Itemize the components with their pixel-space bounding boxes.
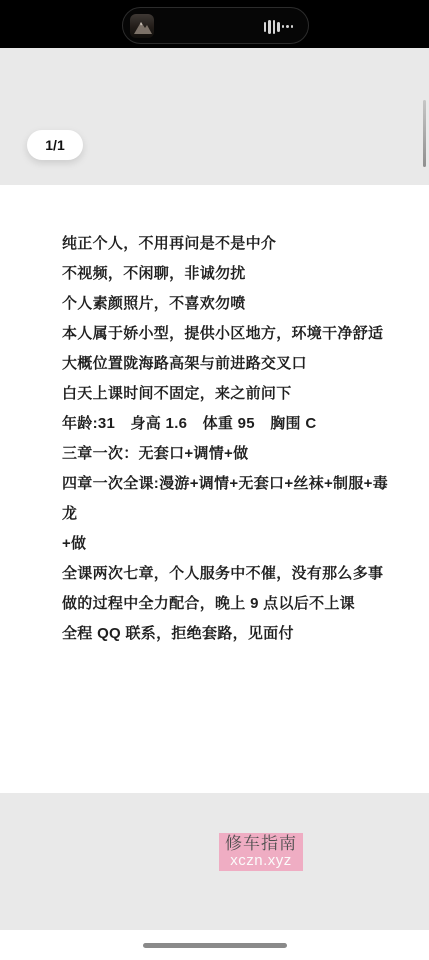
document-line: 年龄:31 身高 1.6 体重 95 胸围 C <box>62 409 401 439</box>
document-line: 不视频，不闲聊，非诚勿扰 <box>62 259 401 289</box>
document-line: 大概位置陇海路高架与前进路交叉口 <box>62 349 401 379</box>
watermark-title: 修车指南 <box>219 835 303 853</box>
photo-thumbnail-icon <box>130 14 154 38</box>
document-line: 做的过程中全力配合，晚上 9 点以后不上课 <box>62 589 401 619</box>
photo-view[interactable]: 纯正个人，不用再问是不是中介 不视频，不闲聊，非诚勿扰 个人素颜照片，不喜欢勿喷… <box>0 185 429 793</box>
document-line: 本人属于娇小型，提供小区地方，环境干净舒适 <box>62 319 401 349</box>
dynamic-island[interactable] <box>122 7 309 44</box>
home-indicator[interactable] <box>143 943 287 948</box>
document-line: 白天上课时间不固定，来之前问下 <box>62 379 401 409</box>
page-indicator-label: 1/1 <box>45 137 64 153</box>
page-indicator-badge: 1/1 <box>27 130 83 160</box>
watermark-url: xczn.xyz <box>219 853 303 868</box>
document-line: 全课两次七章，个人服务中不催，没有那么多事 <box>62 559 401 589</box>
document-line: 个人素颜照片，不喜欢勿喷 <box>62 289 401 319</box>
document-line: 三章一次：无套口+调情+做 <box>62 439 401 469</box>
watermark: 修车指南 xczn.xyz <box>219 833 303 871</box>
bottom-bar <box>0 930 429 960</box>
document-line: 四章一次全课:漫游+调情+无套口+丝袜+制服+毒龙 +做 <box>62 469 401 559</box>
status-bar <box>0 0 429 48</box>
audio-waveform-icon <box>264 8 294 45</box>
document-line: 全程 QQ 联系，拒绝套路，见面付 <box>62 619 401 649</box>
document-text: 纯正个人，不用再问是不是中介 不视频，不闲聊，非诚勿扰 个人素颜照片，不喜欢勿喷… <box>0 185 429 649</box>
document-line: 纯正个人，不用再问是不是中介 <box>62 229 401 259</box>
scrollbar[interactable] <box>423 100 426 167</box>
